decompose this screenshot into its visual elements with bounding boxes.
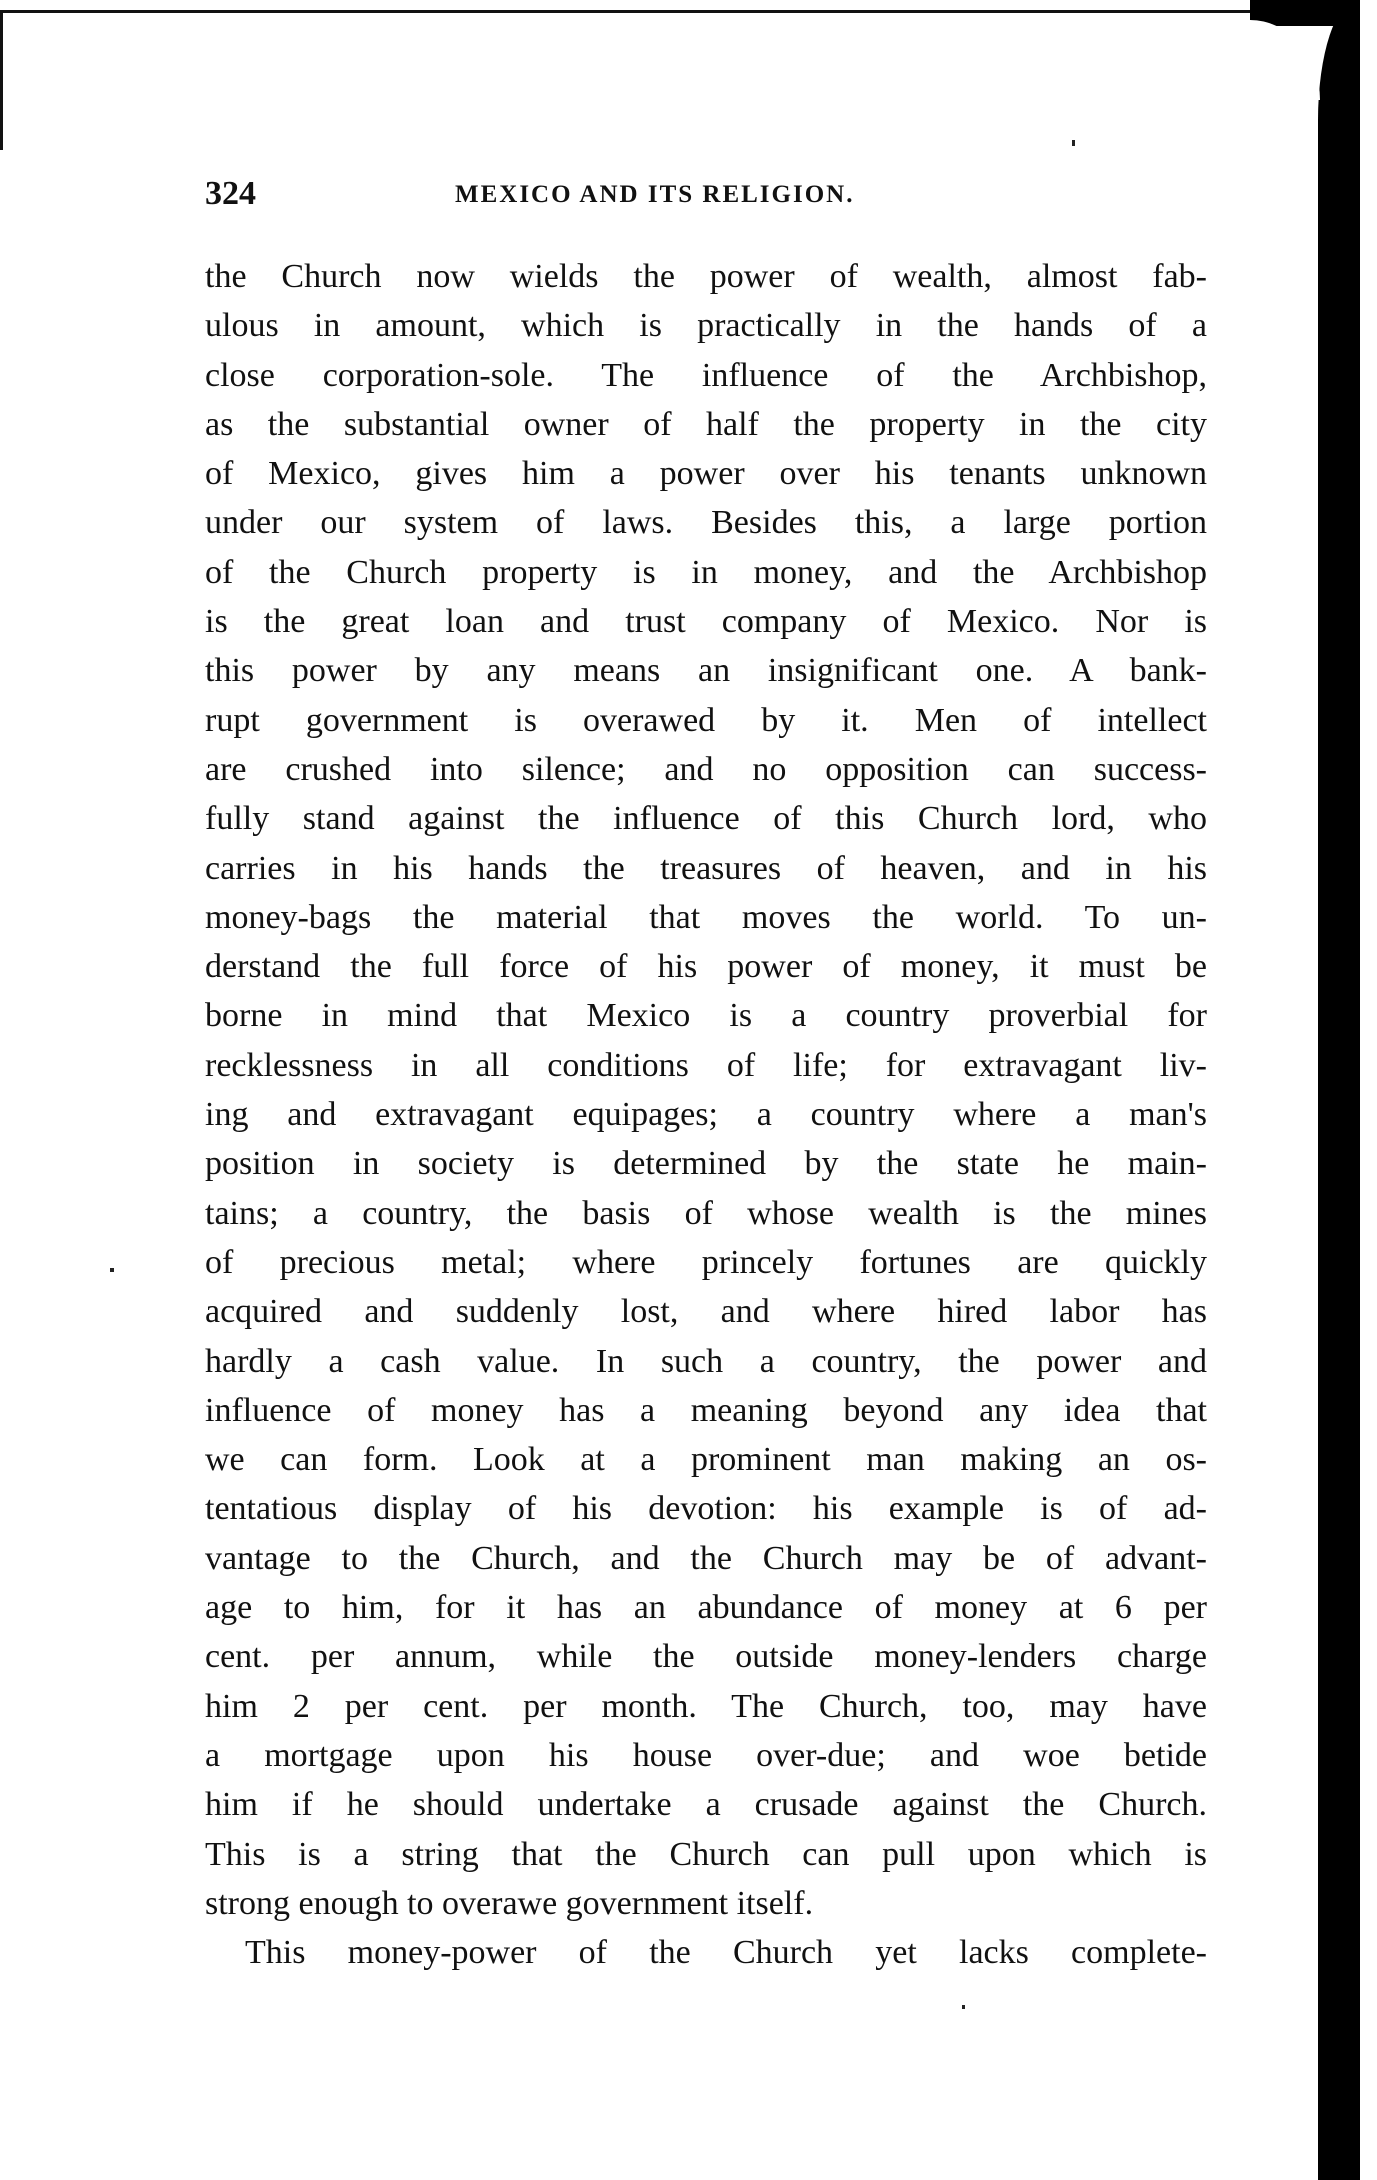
running-title: MEXICO AND ITS RELIGION. — [455, 181, 854, 209]
text-line-paragraph-start: This money-power of the Church yet lacks… — [205, 1928, 1207, 1977]
text-line: money-bags the material that moves the w… — [205, 893, 1207, 942]
text-line: the Church now wields the power of wealt… — [205, 252, 1207, 301]
text-line: of precious metal; where princely fortun… — [205, 1238, 1207, 1287]
text-line: borne in mind that Mexico is a country p… — [205, 991, 1207, 1040]
scan-speck — [1072, 140, 1075, 146]
text-line: carries in his hands the treasures of he… — [205, 844, 1207, 893]
text-line: tentatious display of his devotion: his … — [205, 1484, 1207, 1533]
text-line: are crushed into silence; and no opposit… — [205, 745, 1207, 794]
text-line: tains; a country, the basis of whose wea… — [205, 1189, 1207, 1238]
text-line: this power by any means an insignificant… — [205, 646, 1207, 695]
text-line: of the Church property is in money, and … — [205, 548, 1207, 597]
text-line: as the substantial owner of half the pro… — [205, 400, 1207, 449]
page-corner-curve — [1250, 20, 1320, 100]
text-line: position in society is determined by the… — [205, 1139, 1207, 1188]
text-line: we can form. Look at a prominent man mak… — [205, 1435, 1207, 1484]
book-page: 324 MEXICO AND ITS RELIGION. the Church … — [0, 0, 1377, 2180]
text-line: ing and extravagant equipages; a country… — [205, 1090, 1207, 1139]
text-line: derstand the full force of his power of … — [205, 942, 1207, 991]
text-line: fully stand against the influence of thi… — [205, 794, 1207, 843]
text-line: age to him, for it has an abundance of m… — [205, 1583, 1207, 1632]
scan-speck — [962, 2005, 965, 2009]
body-text: the Church now wields the power of wealt… — [205, 252, 1207, 1977]
text-line: close corporation-sole. The influence of… — [205, 351, 1207, 400]
text-line: This is a string that the Church can pul… — [205, 1830, 1207, 1879]
text-line: acquired and suddenly lost, and where hi… — [205, 1287, 1207, 1336]
text-line: influence of money has a meaning beyond … — [205, 1386, 1207, 1435]
text-line: a mortgage upon his house over-due; and … — [205, 1731, 1207, 1780]
scan-right-shadow — [1318, 0, 1360, 2180]
text-line: recklessness in all conditions of life; … — [205, 1041, 1207, 1090]
text-line: him 2 per cent. per month. The Church, t… — [205, 1682, 1207, 1731]
page-number: 324 — [205, 175, 256, 213]
scan-left-edge — [0, 10, 3, 150]
text-line: ulous in amount, which is practically in… — [205, 301, 1207, 350]
text-line: vantage to the Church, and the Church ma… — [205, 1534, 1207, 1583]
text-line: of Mexico, gives him a power over his te… — [205, 449, 1207, 498]
text-line: hardly a cash value. In such a country, … — [205, 1337, 1207, 1386]
scan-top-edge — [0, 10, 1320, 13]
text-line: him if he should undertake a crusade aga… — [205, 1780, 1207, 1829]
text-line: under our system of laws. Besides this, … — [205, 498, 1207, 547]
scan-speck — [110, 1268, 114, 1272]
text-line: rupt government is overawed by it. Men o… — [205, 696, 1207, 745]
text-line: is the great loan and trust company of M… — [205, 597, 1207, 646]
text-line: strong enough to overawe government itse… — [205, 1879, 1207, 1928]
text-line: cent. per annum, while the outside money… — [205, 1632, 1207, 1681]
page-header: 324 MEXICO AND ITS RELIGION. — [205, 175, 1207, 215]
